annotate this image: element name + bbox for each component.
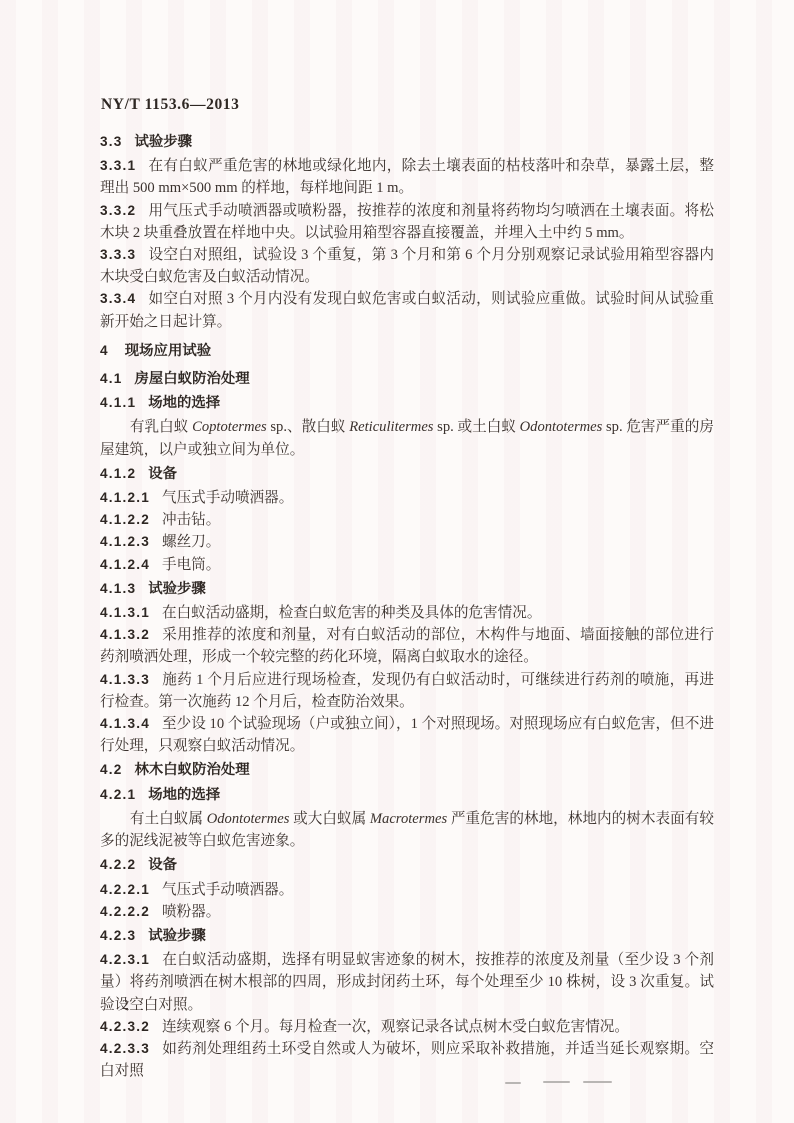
- text-run: 在白蚁活动盛期，选择有明显蚁害迹象的树木，按推荐的浓度及剂量（至少设 3 个剂量…: [100, 952, 714, 1012]
- heading-title: 试验步骤: [135, 134, 193, 150]
- species-name: Macrotermes: [370, 811, 447, 827]
- text-run: 如空白对照 3 个月内没有发现白蚁危害或白蚁活动，则试验应重做。试验时间从试验重…: [100, 291, 714, 329]
- text-run: 至少设 10 个试验现场（户或独立间），1 个对照现场。对照现场应有白蚁危害，但…: [100, 716, 714, 754]
- text-run: 如药剂处理组药土环受自然或人为破坏，则应采取补救措施，并适当延长观察期。空白对照: [100, 1041, 714, 1079]
- text-run: 手电筒。: [162, 557, 220, 573]
- clause-number: 4: [100, 343, 109, 358]
- paragraph: 3.3.4如空白对照 3 个月内没有发现白蚁危害或白蚁活动，则试验应重做。试验时…: [100, 288, 714, 332]
- section-heading: 4.2.1场地的选择: [100, 784, 714, 806]
- clause-text: 至少设 10 个试验现场（户或独立间），1 个对照现场。对照现场应有白蚁危害，但…: [100, 716, 714, 754]
- footer-dash-icon: [505, 1082, 521, 1084]
- clause-number: 4.2.2: [100, 857, 136, 872]
- clause-text: 连续观察 6 个月。每月检查一次，观察记录各试点树木受白蚁危害情况。: [162, 1019, 629, 1035]
- footer-dash-icon: [543, 1081, 570, 1083]
- paragraph: 4.2.3.1在白蚁活动盛期，选择有明显蚁害迹象的树木，按推荐的浓度及剂量（至少…: [100, 949, 714, 1016]
- clause-number: 4.1.2.1: [100, 490, 150, 505]
- clause-text: 有乳白蚁 Coptotermes sp.、散白蚁 Reticulitermes …: [100, 419, 714, 457]
- clause-number: 4.1.2: [100, 466, 136, 481]
- text-run: 喷粉器。: [162, 904, 220, 920]
- clause-text: 用气压式手动喷洒器或喷粉器，按推荐的浓度和剂量将药物均匀喷洒在土壤表面。将松木块…: [100, 203, 714, 241]
- section-heading: 4.1房屋白蚁防治处理: [100, 368, 714, 390]
- section-heading: 4.1.3试验步骤: [100, 578, 714, 600]
- text-run: 施药 1 个月后应进行现场检查，发现仍有白蚁活动时，可继续进行药剂的喷施，再进行…: [100, 672, 714, 710]
- text-run: 设空白对照组，试验设 3 个重复，第 3 个月和第 6 个月分别观察记录试验用箱…: [100, 247, 714, 285]
- clause-text: 手电筒。: [162, 557, 220, 573]
- paragraph: 4.1.3.3施药 1 个月后应进行现场检查，发现仍有白蚁活动时，可继续进行药剂…: [100, 669, 714, 713]
- scanned-standard-page: NY/T 1153.6—2013 3.3试验步骤3.3.1在有白蚁严重危害的林地…: [0, 0, 794, 1123]
- clause-number: 4.2.1: [100, 787, 136, 802]
- text-run: 用气压式手动喷洒器或喷粉器，按推荐的浓度和剂量将药物均匀喷洒在土壤表面。将松木块…: [100, 203, 714, 241]
- clause-text: 螺丝刀。: [162, 534, 220, 550]
- heading-title: 房屋白蚁防治处理: [135, 371, 250, 387]
- clause-text: 如药剂处理组药土环受自然或人为破坏，则应采取补救措施，并适当延长观察期。空白对照: [100, 1041, 714, 1079]
- text-run: 有土白蚁属: [130, 811, 207, 827]
- page-number: 2: [122, 997, 129, 1013]
- clause-number: 4.1.2.4: [100, 557, 150, 572]
- clause-number: 4.2.3.3: [100, 1041, 150, 1056]
- paragraph: 4.2.2.1气压式手动喷洒器。: [100, 879, 714, 901]
- clause-number: 4.2: [100, 762, 123, 777]
- paragraph: 3.3.2用气压式手动喷洒器或喷粉器，按推荐的浓度和剂量将药物均匀喷洒在土壤表面…: [100, 200, 714, 244]
- heading-title: 林木白蚁防治处理: [135, 762, 250, 778]
- clause-text: 冲击钻。: [162, 512, 220, 528]
- paragraph: 4.1.3.1在白蚁活动盛期，检查白蚁危害的种类及具体的危害情况。: [100, 602, 714, 624]
- clause-text: 在白蚁活动盛期，选择有明显蚁害迹象的树木，按推荐的浓度及剂量（至少设 3 个剂量…: [100, 952, 714, 1012]
- section-heading: 4.2.2设备: [100, 854, 714, 876]
- clause-number: 4.2.3: [100, 928, 136, 943]
- section-heading: 4.1.2设备: [100, 463, 714, 485]
- heading-title: 场地的选择: [148, 787, 220, 803]
- section-heading: 4.2.3试验步骤: [100, 925, 714, 947]
- text-run: 气压式手动喷洒器。: [162, 490, 293, 506]
- paragraph: 有土白蚁属 Odontotermes 或大白蚁属 Macrotermes 严重危…: [100, 808, 714, 852]
- clause-number: 4.1.3.4: [100, 716, 150, 731]
- clause-number: 4.1.3: [100, 581, 136, 596]
- clause-number: 4.1.2.2: [100, 512, 150, 527]
- heading-title: 设备: [148, 857, 177, 873]
- heading-title: 试验步骤: [148, 581, 206, 597]
- clause-number: 4.1.3.3: [100, 672, 150, 687]
- paragraph: 4.1.3.4至少设 10 个试验现场（户或独立间），1 个对照现场。对照现场应…: [100, 713, 714, 757]
- clause-number: 4.2.3.2: [100, 1019, 150, 1034]
- paragraph: 4.1.2.2冲击钻。: [100, 509, 714, 531]
- paragraph: 4.2.2.2喷粉器。: [100, 901, 714, 923]
- section-heading: 3.3试验步骤: [100, 131, 714, 153]
- text-run: sp.、散白蚁: [267, 419, 350, 435]
- paragraph: 4.1.2.3螺丝刀。: [100, 531, 714, 553]
- text-run: 连续观察 6 个月。每月检查一次，观察记录各试点树木受白蚁危害情况。: [162, 1019, 629, 1035]
- species-name: Odontotermes: [207, 811, 290, 827]
- clause-text: 施药 1 个月后应进行现场检查，发现仍有白蚁活动时，可继续进行药剂的喷施，再进行…: [100, 672, 714, 710]
- section-heading: 4.1.1场地的选择: [100, 392, 714, 414]
- clause-text: 如空白对照 3 个月内没有发现白蚁危害或白蚁活动，则试验应重做。试验时间从试验重…: [100, 291, 714, 329]
- section-heading: 4.2林木白蚁防治处理: [100, 759, 714, 781]
- chapter-heading: 4现场应用试验: [100, 340, 714, 362]
- paragraph: 4.2.3.2连续观察 6 个月。每月检查一次，观察记录各试点树木受白蚁危害情况…: [100, 1016, 714, 1038]
- heading-title: 场地的选择: [148, 395, 220, 411]
- clause-number: 4.1.3.1: [100, 605, 150, 620]
- paragraph: 4.1.2.4手电筒。: [100, 554, 714, 576]
- clause-number: 3.3.3: [100, 247, 136, 262]
- heading-title: 现场应用试验: [125, 343, 211, 359]
- text-run: 螺丝刀。: [162, 534, 220, 550]
- clause-number: 4.1: [100, 371, 123, 386]
- document-body: 3.3试验步骤3.3.1在有白蚁严重危害的林地或绿化地内，除去土壤表面的枯枝落叶…: [100, 129, 714, 1082]
- clause-text: 在有白蚁严重危害的林地或绿化地内，除去土壤表面的枯枝落叶和杂草，暴露土层，整理出…: [100, 158, 714, 196]
- text-run: 气压式手动喷洒器。: [162, 882, 293, 898]
- text-run: 冲击钻。: [162, 512, 220, 528]
- clause-text: 采用推荐的浓度和剂量，对有白蚁活动的部位，木构件与地面、墙面接触的部位进行药剂喷…: [100, 627, 714, 665]
- text-run: 有乳白蚁: [130, 419, 192, 435]
- species-name: Reticulitermes: [349, 419, 433, 435]
- paragraph: 3.3.3设空白对照组，试验设 3 个重复，第 3 个月和第 6 个月分别观察记…: [100, 244, 714, 288]
- text-run: 在白蚁活动盛期，检查白蚁危害的种类及具体的危害情况。: [162, 605, 541, 621]
- heading-title: 设备: [148, 466, 177, 482]
- clause-number: 3.3.2: [100, 203, 136, 218]
- clause-number: 4.1.1: [100, 395, 136, 410]
- text-run: 在有白蚁严重危害的林地或绿化地内，除去土壤表面的枯枝落叶和杂草，暴露土层，整理出…: [100, 158, 714, 196]
- paragraph: 3.3.1在有白蚁严重危害的林地或绿化地内，除去土壤表面的枯枝落叶和杂草，暴露土…: [100, 155, 714, 199]
- text-run: 或大白蚁属: [289, 811, 369, 827]
- clause-number: 4.2.2.1: [100, 882, 150, 897]
- text-run: 采用推荐的浓度和剂量，对有白蚁活动的部位，木构件与地面、墙面接触的部位进行药剂喷…: [100, 627, 714, 665]
- clause-text: 气压式手动喷洒器。: [162, 882, 293, 898]
- paragraph: 有乳白蚁 Coptotermes sp.、散白蚁 Reticulitermes …: [100, 416, 714, 460]
- clause-text: 喷粉器。: [162, 904, 220, 920]
- species-name: Coptotermes: [192, 419, 267, 435]
- clause-number: 3.3.1: [100, 158, 136, 173]
- clause-number: 4.1.2.3: [100, 534, 150, 549]
- clause-text: 设空白对照组，试验设 3 个重复，第 3 个月和第 6 个月分别观察记录试验用箱…: [100, 247, 714, 285]
- clause-text: 有土白蚁属 Odontotermes 或大白蚁属 Macrotermes 严重危…: [100, 811, 714, 849]
- paragraph: 4.1.3.2采用推荐的浓度和剂量，对有白蚁活动的部位，木构件与地面、墙面接触的…: [100, 624, 714, 668]
- clause-number: 4.2.3.1: [100, 952, 150, 967]
- footer-dash-icon: [583, 1081, 612, 1083]
- clause-text: 在白蚁活动盛期，检查白蚁危害的种类及具体的危害情况。: [162, 605, 541, 621]
- paragraph: 4.1.2.1气压式手动喷洒器。: [100, 487, 714, 509]
- heading-title: 试验步骤: [148, 928, 206, 944]
- text-run: sp. 或土白蚁: [433, 419, 519, 435]
- species-name: Odontotermes: [520, 419, 603, 435]
- clause-number: 3.3: [100, 134, 123, 149]
- clause-number: 3.3.4: [100, 291, 136, 306]
- doc-number: NY/T 1153.6—2013: [101, 96, 240, 114]
- clause-number: 4.1.3.2: [100, 627, 150, 642]
- clause-text: 气压式手动喷洒器。: [162, 490, 293, 506]
- paragraph: 4.2.3.3如药剂处理组药土环受自然或人为破坏，则应采取补救措施，并适当延长观…: [100, 1038, 714, 1082]
- clause-number: 4.2.2.2: [100, 904, 150, 919]
